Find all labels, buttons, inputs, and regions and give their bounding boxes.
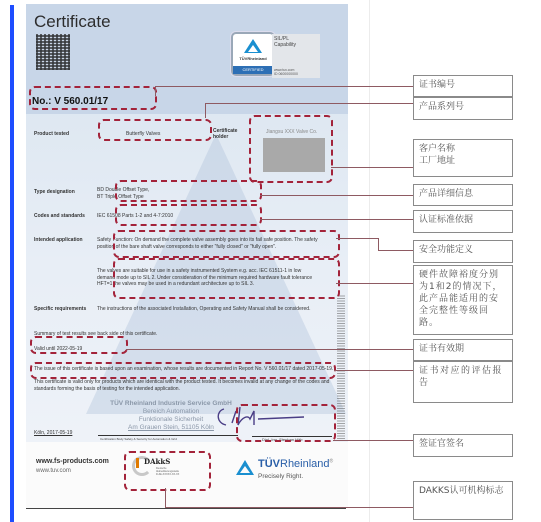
annotation-signature: 签证官签名 <box>413 434 513 457</box>
annotation-customer: 客户名称 工厂地址 <box>413 139 513 177</box>
connector-product-series <box>205 103 413 104</box>
specific-requirements-label: Specific requirements <box>34 306 86 312</box>
highlight-product-series <box>98 119 212 141</box>
holder-label: Certificate holder <box>213 128 237 140</box>
annotation-product-detail: 产品详细信息 <box>413 184 513 206</box>
certification-body: Certification Body Safety & Security for… <box>100 437 177 441</box>
annotation-hft-sil: 硬件故障裕度分别为1和2的情况下，此产品能适用的安全完整性等级回路。 <box>413 265 513 335</box>
badge-brand: TÜVRheinland <box>233 56 273 61</box>
connector-standards <box>260 219 413 220</box>
connector-report <box>334 370 413 371</box>
connector-hft-sil <box>336 283 413 284</box>
highlight-standards <box>115 204 262 226</box>
website-fs-products[interactable]: www.fs-products.com <box>36 458 109 465</box>
annotation-product-series: 产品系列号 <box>413 97 513 120</box>
highlight-dakks <box>124 451 211 491</box>
highlight-report <box>30 362 336 379</box>
specific-requirements-value: The instructions of the associated Insta… <box>97 306 319 313</box>
annotation-standards: 认证标准依据 <box>413 210 513 233</box>
annotation-report: 证书对应的评估报告 <box>413 361 513 403</box>
annotation-validity: 证书有效期 <box>413 339 513 361</box>
highlight-safety-function <box>113 230 340 258</box>
highlight-validity <box>30 336 128 354</box>
connector-cert-number <box>155 86 413 87</box>
connector-signature <box>333 440 413 441</box>
left-accent-bar <box>10 5 14 522</box>
side-legal-text <box>337 294 345 439</box>
highlight-product-detail <box>115 180 262 202</box>
column-divider <box>369 0 370 522</box>
sil-line2: Capability <box>274 42 318 48</box>
tuv-certified-badge: TÜVRheinland CERTIFIED <box>231 32 275 76</box>
validity-condition-text: This certificate is valid only for produ… <box>34 379 334 392</box>
connector-validity <box>126 349 413 350</box>
annotation-cert-number: 证书编号 <box>413 75 513 97</box>
sil-web-id: www.tuv.com ID 0600000000 <box>274 68 298 76</box>
connector-safety-function <box>378 250 413 251</box>
connector-product-detail <box>260 195 413 196</box>
qr-code-icon <box>36 34 70 70</box>
highlight-hft-sil <box>113 258 340 299</box>
connector-dakks <box>165 507 413 508</box>
bottom-rule <box>26 508 346 509</box>
highlight-customer <box>249 115 333 183</box>
type-designation-label: Type designation <box>34 189 75 195</box>
certificate-title: Certificate <box>34 12 111 32</box>
sil-capability-box: SIL/PL Capability www.tuv.com ID 0600000… <box>272 34 320 78</box>
highlight-signature <box>236 404 336 442</box>
annotation-dakks: DAKKS认可机构标志 <box>413 481 513 520</box>
badge-certified-band: CERTIFIED <box>233 66 273 74</box>
connector-customer <box>331 167 413 168</box>
product-tested-label: Product tested <box>34 131 69 137</box>
highlight-cert-number <box>29 86 157 110</box>
annotation-safety-function: 安全功能定义 <box>413 240 513 263</box>
intended-application-label: Intended application <box>34 237 83 243</box>
website-tuv[interactable]: www.tuv.com <box>36 468 71 474</box>
codes-label: Codes and standards <box>34 213 85 219</box>
place-date: Köln, 2017-05-19 <box>34 430 72 437</box>
